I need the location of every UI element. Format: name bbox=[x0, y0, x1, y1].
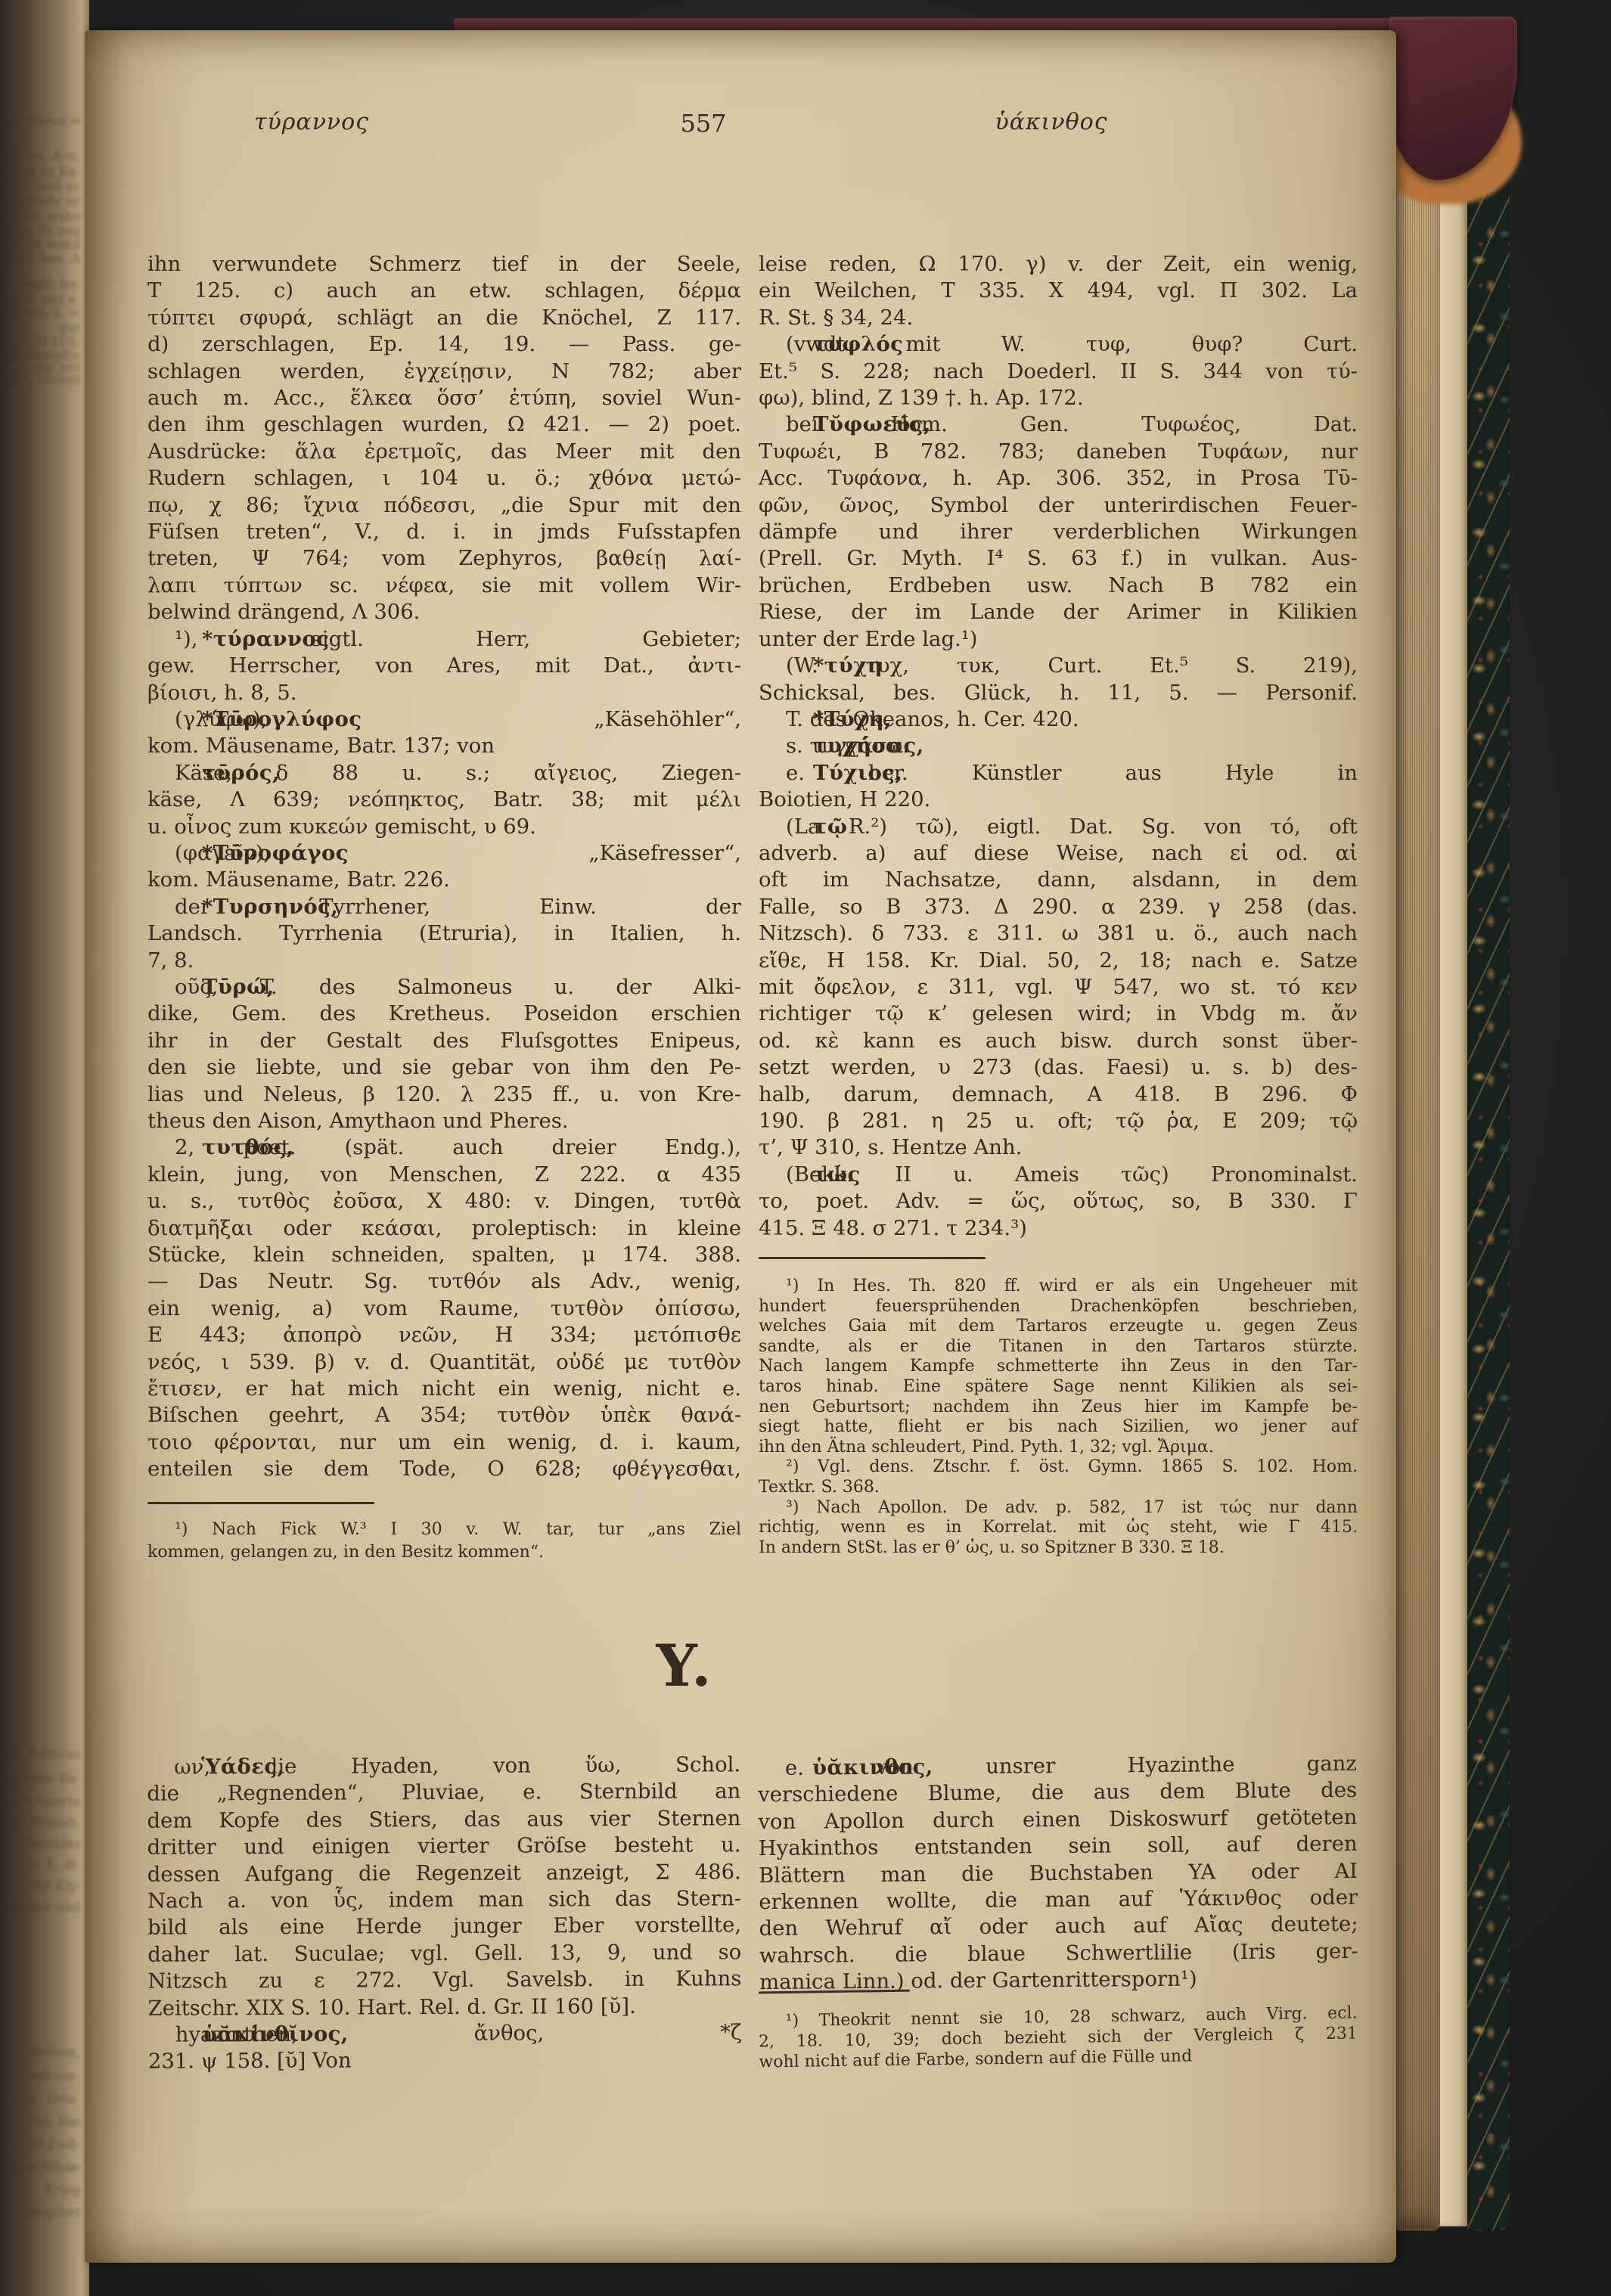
facing-fragment: welcher ihm seine bbox=[0, 208, 80, 224]
text-line: ¹) In Hes. Th. 820 ff. wird er als ein U… bbox=[759, 1277, 1358, 1297]
facing-fragment: Unheil, Unheil bbox=[0, 371, 80, 387]
fore-edge-pages bbox=[1396, 91, 1440, 2231]
text-line: richtiger τῷ κ’ gelesen wird; in Vbdg m.… bbox=[759, 1001, 1358, 1027]
text-line: ihr in der Gestalt des Fluſsgottes Enipe… bbox=[147, 1028, 741, 1054]
lower-left-column: Ὑάδες, ων, die Hyaden, von ὕω, Schol.die… bbox=[147, 1751, 742, 2075]
text-line: 7, 8. bbox=[147, 948, 741, 974]
text-line: siegt hatte, flieht er bis nach Sizilien… bbox=[759, 1417, 1358, 1438]
facing-fragment: eigtl. be- bbox=[23, 277, 80, 293]
text-line: In andern StSt. las er θ’ ὡς, u. so Spit… bbox=[759, 1538, 1358, 1559]
section-heading-y: Y. bbox=[657, 1632, 713, 1699]
text-line: bild als eine Herde junger Eber vorstell… bbox=[147, 1913, 741, 1942]
text-line: setzt werden, υ 273 (das. Faesi) u. s. b… bbox=[759, 1054, 1358, 1081]
text-line: 415. Ξ 48. σ 271. τ 234.³) bbox=[759, 1215, 1358, 1242]
text-line: λαπι τύπτων sc. νέφεα, sie mit vollem Wi… bbox=[147, 572, 741, 599]
text-line: Nach a. von ὗς, indem man sich das Stern… bbox=[147, 1885, 741, 1915]
facing-fragment: omeden. Weil er bbox=[0, 178, 80, 194]
facing-fragment: Σ 26, und ward bbox=[0, 236, 80, 252]
text-line: *τύχη (W. τυχ, τυκ, Curt. Et.⁵ S. 219), bbox=[759, 653, 1358, 679]
facing-fragment: Krieg bbox=[45, 2183, 80, 2198]
text-line: Nitzsch). δ 733. ε 311. ω 381 u. ö., auc… bbox=[759, 920, 1358, 947]
facing-fragment: aus Sparta bbox=[10, 1794, 80, 1810]
text-line: Ὑάδες, ων, die Hyaden, von ὕω, Schol. bbox=[147, 1751, 740, 1781]
text-line: τυτθός, 2, poet. (spät. auch dreier Endg… bbox=[147, 1134, 741, 1161]
lower-right-column: ὑᾰκινθος, e. von unsrer Hyazinthe ganzve… bbox=[758, 1751, 1358, 1997]
facing-fragment: Herakles bbox=[21, 1836, 80, 1852]
text-line: brüchen, Erdbeben usw. Nach B 782 ein bbox=[759, 572, 1358, 599]
text-line: welches Gaia mit dem Tartaros erzeugte u… bbox=[759, 1317, 1358, 1337]
footnote-rule-left bbox=[147, 1502, 374, 1504]
text-line: Biſschen geehrt, A 354; τυτθὸν ὑπὲκ θανά… bbox=[147, 1402, 741, 1429]
text-line: τῷ (La R.²) τῶ), eigtl. Dat. Sg. von τό,… bbox=[759, 814, 1358, 840]
text-line: Et.⁵ S. 228; nach Doederl. II S. 344 von… bbox=[759, 358, 1358, 385]
text-line: oft im Nachsatze, dann, alsdann, in dem bbox=[759, 867, 1358, 893]
text-line: lias und Neleus, β 120. λ 235 ff., u. vo… bbox=[147, 1081, 741, 1108]
text-line: auch m. Acc., ἕλκεα ὅσσ’ ἐτύπη, soviel W… bbox=[147, 385, 741, 411]
text-line: ¹) Nach Fick W.³ I 30 v. W. tar, tur „an… bbox=[147, 1519, 741, 1541]
text-line: Ausdrücke: ἅλα ἐρετμοῖς, das Meer mit de… bbox=[147, 439, 741, 465]
facing-fragment: geopfert bbox=[25, 2205, 81, 2221]
facing-fragment: ι 306; ö. = bbox=[11, 306, 80, 321]
text-line: Nach langem Kampfe schmetterte ihn Zeus … bbox=[759, 1357, 1358, 1377]
text-line: Riese, der im Lande der Arimer in Kiliki… bbox=[759, 599, 1358, 625]
text-line: dritter und einigen vierter Gröſse beste… bbox=[147, 1832, 741, 1862]
facing-fragment: vor Gemah- bbox=[5, 1815, 80, 1831]
marbled-cover bbox=[1466, 42, 1510, 2231]
text-line: ²) Vgl. dens. Ztschr. f. öst. Gymn. 1865… bbox=[759, 1457, 1358, 1478]
text-line: hundert feuersprühenden Drachenköpfen be… bbox=[759, 1297, 1358, 1317]
text-line: (Prell. Gr. Myth. I⁴ S. 63 f.) in vulkan… bbox=[759, 545, 1358, 572]
text-line: εἴθε, H 158. Kr. Dial. 50, 2, 18; nach e… bbox=[759, 948, 1358, 974]
text-line: Τυφωέι, B 782. 783; daneben Τυφάων, nur bbox=[759, 439, 1358, 465]
text-line: Zeitschr. XIX S. 10. Hart. Rel. d. Gr. I… bbox=[147, 1993, 741, 2022]
page-number: 557 bbox=[680, 109, 726, 138]
facing-fragment: die Porticus bbox=[3, 1747, 81, 1763]
facing-fragment: Oineus zu Ka- bbox=[0, 163, 80, 179]
facing-fragment: Nymphe Ba- bbox=[0, 1771, 80, 1787]
text-line: theus den Aison, Amythaon und Pheres. bbox=[147, 1108, 741, 1134]
upper-right-column: leise reden, Ω 170. γ) v. der Zeit, ein … bbox=[759, 251, 1358, 1242]
text-line: klein, jung, von Menschen, Z 222. α 435 bbox=[147, 1162, 741, 1188]
text-line: φῶν, ῶνος, Symbol der unterirdischen Feu… bbox=[759, 492, 1358, 519]
text-line: den sie liebte, und sie gebar von ihm de… bbox=[147, 1054, 741, 1081]
facing-fragment: gel. Orts- bbox=[19, 2092, 80, 2108]
text-line: od. κὲ kann es auch bisw. durch sonst üb… bbox=[759, 1028, 1358, 1054]
text-line: gew. Herrscher, von Ares, mit Dat., ἀντι… bbox=[147, 653, 741, 679]
text-line: *Τυρσηνός, der Tyrrhener, Einw. der bbox=[147, 894, 741, 920]
text-line: adverb. a) auf diese Weise, nach εἰ od. … bbox=[759, 840, 1358, 867]
text-line: Boiotien, H 220. bbox=[759, 787, 1358, 813]
facing-fragment: voll ver- bbox=[27, 2069, 80, 2085]
text-line: βίοισι, h. 8, 5. bbox=[147, 680, 741, 706]
text-line: Nitzsch zu ε 272. Vgl. Savelsb. in Kuhns bbox=[147, 1966, 741, 1996]
text-line: τ’, Ψ 310, s. Hentze Anh. bbox=[759, 1134, 1358, 1161]
text-line: mit ὄφελον, ε 311, vgl. Ψ 547, wo st. τό… bbox=[759, 974, 1358, 1001]
text-line: d) zerschlagen, Ep. 14, 19. — Pass. ge- bbox=[147, 331, 741, 358]
text-line: schlagen werden, ἐγχείῃσιν, N 782; aber bbox=[147, 358, 741, 385]
text-line: die „Regnenden“, Pluviae, e. Sternbild a… bbox=[147, 1779, 740, 1808]
text-line: dessen Aufgang die Regenzeit anzeigt, Σ … bbox=[147, 1859, 741, 1888]
facing-fragment: Art. Die bbox=[29, 2114, 80, 2130]
header-right-catchword: ὑάκινθος bbox=[995, 109, 1107, 135]
header-left-catchword: τύραννος bbox=[254, 109, 369, 135]
text-line: leise reden, Ω 170. γ) v. der Zeit, ein … bbox=[759, 251, 1358, 278]
text-line: 190. β 281. η 25 u. oft; τῷ ῥα, E 209; τ… bbox=[759, 1108, 1358, 1134]
text-line: Falle, so B 373. Δ 290. α 239. γ 258 (da… bbox=[759, 894, 1358, 920]
text-line: T 125. c) auch an etw. schlagen, δέρμα bbox=[147, 278, 741, 304]
facing-page-edge: des Tydeus =poet. έος, Acc.Oineus zu Ka-… bbox=[0, 0, 89, 2296]
text-line: ὑᾰκίνθῐνος, hyazinthen, ἄνθος, *ζ bbox=[148, 2019, 742, 2049]
text-line: u. s., τυτθὸς ἐοῦσα, X 480: v. Dingen, τ… bbox=[147, 1188, 741, 1215]
footnote-rule-right bbox=[759, 1257, 986, 1259]
text-line: richtig, wenn es in Korrelat. mit ὡς ste… bbox=[759, 1518, 1358, 1538]
text-line: νεός, ι 539. β) v. d. Quantität, οὐδέ με… bbox=[147, 1349, 741, 1376]
text-line: taros hinab. Eine spätere Sage nennt Kil… bbox=[759, 1377, 1358, 1398]
scanned-page: τύραννος 557 ὑάκινθος ihn verwundete Sch… bbox=[85, 30, 1396, 2263]
text-line: πῳ, χ 86; ἴχνια πόδεσσι, „die Spur mit d… bbox=[147, 492, 741, 519]
text-line: unter der Erde lag.¹) bbox=[759, 626, 1358, 653]
text-line: treten, Ψ 764; vom Zephyros, βαθείῃ λαί- bbox=[147, 545, 741, 572]
facing-fragment: poet. έος, Acc. bbox=[0, 147, 80, 163]
text-line: ihn verwundete Schmerz tief in der Seele… bbox=[147, 251, 741, 278]
text-line: το, poet. Adv. = ὥς, οὕτως, so, B 330. Γ bbox=[759, 1188, 1358, 1215]
text-line: τύπτει σφυρά, schlägt an die Knöchel, Z … bbox=[147, 305, 741, 331]
text-line: Rudern schlagen, ι 104 u. ö.; χθόνα μετώ… bbox=[147, 465, 741, 492]
text-line: kommen, gelangen zu, in den Besitz komme… bbox=[147, 1541, 741, 1564]
facing-fragment: te, flüchtete er bbox=[0, 193, 80, 209]
text-line: Textkr. S. 368. bbox=[759, 1478, 1358, 1498]
text-line: τώς (Bekk. II u. Ameis τῶς) Pronominalst… bbox=[759, 1162, 1358, 1188]
upper-left-column: ihn verwundete Schmerz tief in der Seele… bbox=[147, 251, 741, 1483]
facing-fragment: n. K. di- bbox=[29, 1857, 81, 1873]
text-line: Schicksal, bes. Glück, h. 11, 5. — Perso… bbox=[759, 680, 1358, 706]
text-line: Τύχιος, e. ber. Künstler aus Hyle in bbox=[759, 760, 1358, 787]
upper-left-footnote: ¹) Nach Fick W.³ I 30 v. W. tar, tur „an… bbox=[147, 1519, 741, 1564]
text-line: u. οἶνος zum κυκεών gemischt, υ 69. bbox=[147, 814, 741, 840]
text-line: Füſsen treten“, V., d. i. in jmds Fuſsst… bbox=[147, 519, 741, 545]
text-line: Τῠφωεύς, bei Hom. Gen. Τυφωέος, Dat. bbox=[759, 411, 1358, 438]
text-line: dike, Gem. des Kretheus. Poseidon erschi… bbox=[147, 1001, 741, 1027]
text-line: kom. Mäusename, Batr. 137; von bbox=[147, 733, 741, 759]
text-line: 231. ψ 158. [ῠ] Von bbox=[148, 2046, 742, 2076]
text-line: *Τύχη, T. des Okeanos, h. Cer. 420. bbox=[759, 706, 1358, 733]
text-line: ein wenig, a) vom Raume, τυτθὸν ὀπίσσω, bbox=[147, 1295, 741, 1322]
text-line: Acc. Τυφάονα, h. Ap. 306. 352, in Prosa … bbox=[759, 465, 1358, 492]
facing-fragment: stoſsen, bbox=[29, 2045, 80, 2061]
text-line: ein Weilchen, T 335. X 494, vgl. Π 302. … bbox=[759, 278, 1358, 304]
text-line: enteilen sie dem Tode, O 628; φθέγγεσθαι… bbox=[147, 1456, 741, 1482]
text-line: E 443; ἀποπρὸ νεῶν, H 334; μετόπισθε bbox=[147, 1322, 741, 1348]
text-line: belwind drängend, Λ 306. bbox=[147, 599, 741, 625]
text-line: *Τῡροφάγος (φαγεῖν), „Käsefresser“, bbox=[147, 840, 741, 867]
flyleaf-edge bbox=[1439, 73, 1467, 2226]
text-line: Landsch. Tyrrhenia (Etruria), in Italien… bbox=[147, 920, 741, 947]
text-line: Stücke, klein schneiden, spalten, μ 174.… bbox=[147, 1242, 741, 1268]
text-line: dem Kopfe des Stiers, das aus vier Stern… bbox=[147, 1805, 740, 1835]
facing-fragment: die Söhne bbox=[15, 2160, 80, 2176]
text-line: ³) Nach Apollon. De adv. p. 582, 17 ist … bbox=[759, 1498, 1358, 1519]
text-line: τυφλός (vwdt mit W. τυφ, θυφ? Curt. bbox=[759, 331, 1358, 358]
lower-right-footnote: ¹) Theokrit nennt sie 10, 28 schwarz, au… bbox=[758, 2003, 1358, 2072]
text-line: τυχήσας, s. τυγχάνω. bbox=[759, 733, 1358, 759]
text-line: halb, darum, demnach, A 418. B 296. Φ bbox=[759, 1081, 1358, 1108]
facing-fragment: Kastor und bbox=[8, 1900, 80, 1916]
facing-fragment: des Tydeus = bbox=[0, 113, 80, 129]
text-line: τῡρός, Käse, δ 88 u. s.; αἴγειος, Ziegen… bbox=[147, 760, 741, 787]
facing-fragment: die Kly- bbox=[31, 1879, 80, 1894]
text-line: Τῡρώ, οῦς, T. des Salmoneus u. der Alki- bbox=[147, 974, 741, 1001]
text-line: *τύραννος¹), eigtl. Herr, Gebieter; bbox=[147, 626, 741, 653]
text-line: *Τῡρογλύφος (γλύφω), „Käsehöhler“, bbox=[147, 706, 741, 733]
text-line: φω), blind, Z 139 †. h. Ap. 172. bbox=[759, 385, 1358, 411]
facing-fragment: und Zwil- bbox=[19, 2137, 80, 2153]
text-line: nen Geburtsort; nachdem ihn Zeus hier im… bbox=[759, 1398, 1358, 1418]
text-line: R. St. § 34, 24. bbox=[759, 305, 1358, 331]
text-line: daher lat. Suculae; vgl. Gell. 13, 9, un… bbox=[147, 1939, 741, 1969]
book-photo: des Tydeus =poet. έος, Acc.Oineus zu Ka-… bbox=[0, 0, 1611, 2296]
text-line: sandte, als er die Titanen in den Tartar… bbox=[759, 1337, 1358, 1357]
text-line: ihn den Ätna schleudert, Pind. Pyth. 1, … bbox=[759, 1438, 1358, 1458]
text-line: den ihm geschlagen wurden, Ω 421. — 2) p… bbox=[147, 411, 741, 438]
upper-right-footnotes: ¹) In Hes. Th. 820 ff. wird er als ein U… bbox=[759, 1277, 1358, 1558]
text-line: διατμῆξαι oder κεάσαι, proleptisch: in k… bbox=[147, 1215, 741, 1242]
text-line: — Das Neutr. Sg. τυτθόν als Adv., wenig, bbox=[147, 1268, 741, 1295]
text-line: dämpfe und ihrer verderblichen Wirkungen bbox=[759, 519, 1358, 545]
facing-fragment: B 406, bes. Δ bbox=[0, 251, 80, 267]
text-line: kom. Mäusename, Batr. 226. bbox=[147, 867, 741, 893]
text-line: käse, Λ 639; νεόπηκτος, Batr. 38; mit μέ… bbox=[147, 787, 741, 813]
text-line: ἔτισεν, er hat mich nicht ein wenig, nic… bbox=[147, 1376, 741, 1402]
text-line: τοιο φέρονται, nur um ein wenig, d. i. k… bbox=[147, 1429, 741, 1456]
